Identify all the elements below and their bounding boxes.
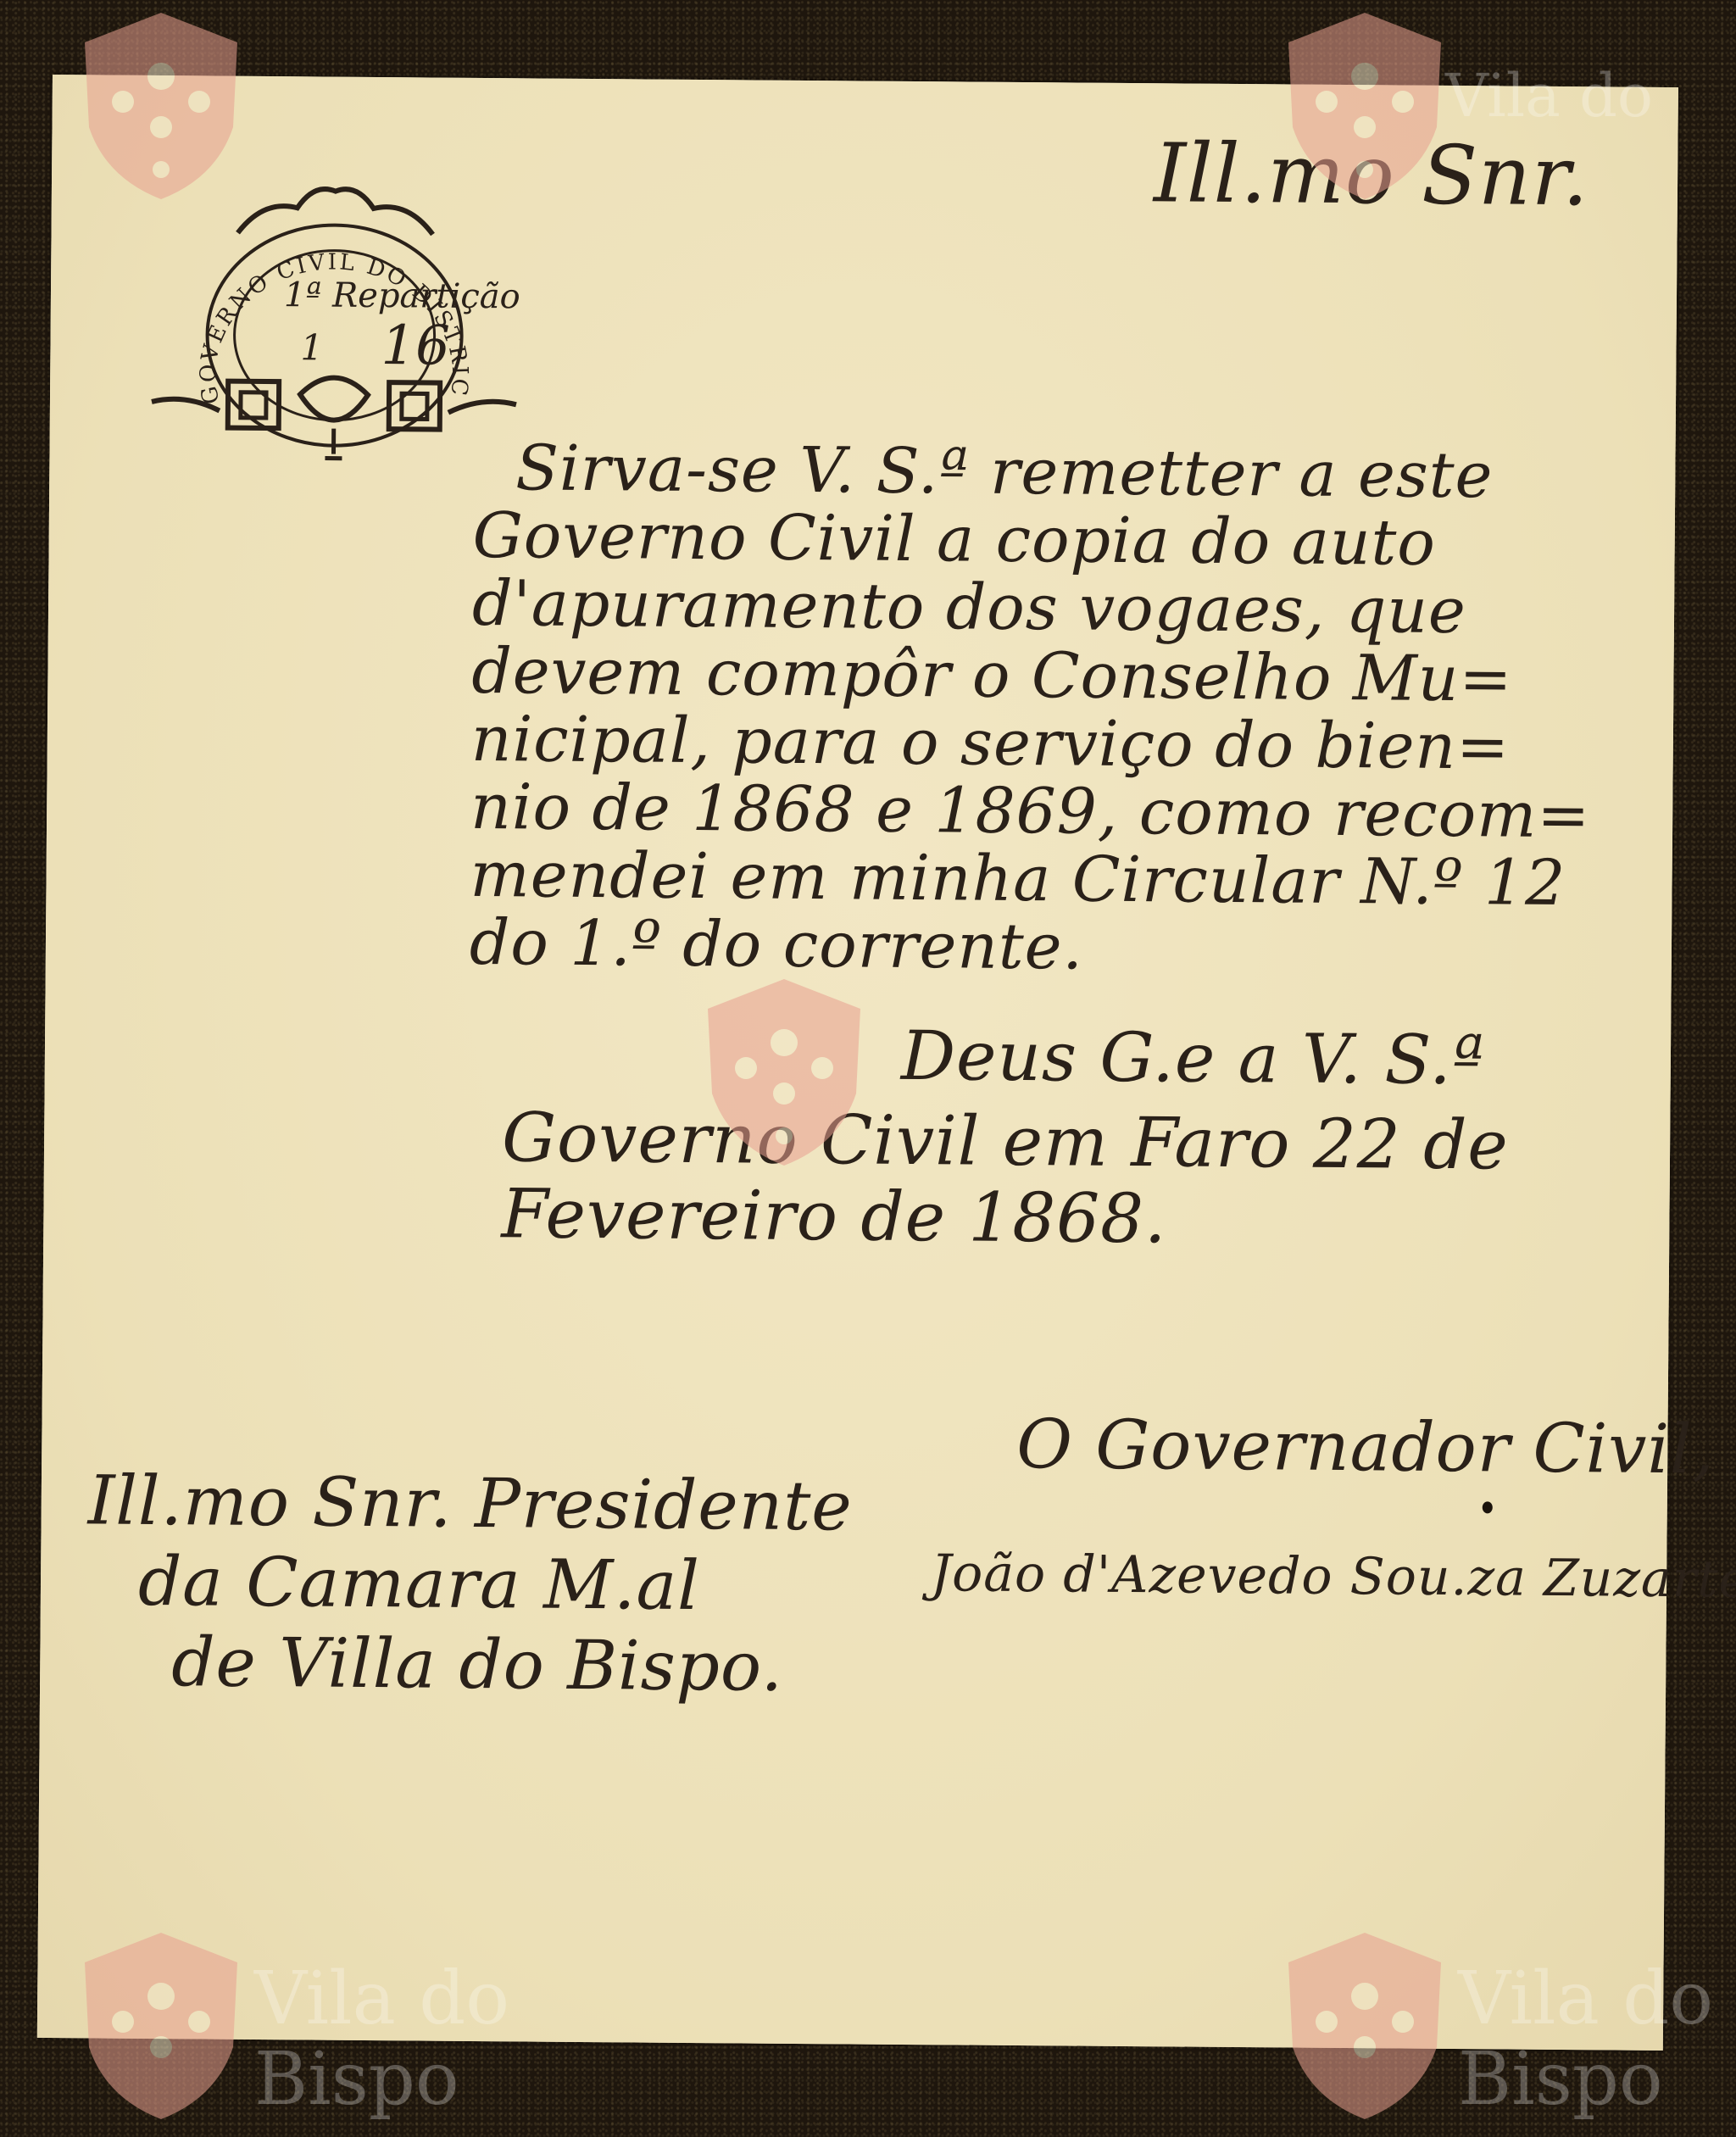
governo-civil-stamp: GOVERNO CIVIL DO DISTRICTO DE FARO 1ª Re… xyxy=(134,173,535,498)
signer-title: O Governador Civil, xyxy=(1016,1405,1715,1489)
place-date-line-1: Governo Civil em Faro 22 de xyxy=(502,1104,1509,1179)
body-line-2: Governo Civil a copia do auto xyxy=(472,502,1436,577)
body-line-3: d'apuramento dos vogaes, que xyxy=(472,570,1466,645)
closing: Deus G.e a V. S.ª xyxy=(901,1022,1486,1094)
body-line-4: devem compôr o Conselho Mu= xyxy=(471,637,1513,714)
document-paper: GOVERNO CIVIL DO DISTRICTO DE FARO 1ª Re… xyxy=(37,75,1678,2051)
stamp-number-right: 16 xyxy=(381,314,450,378)
stamp-emblem-icon: GOVERNO CIVIL DO DISTRICTO DE FARO xyxy=(134,173,535,498)
salutation: Ill.mo Snr. xyxy=(1154,125,1590,224)
stamp-department: 1ª Repartição xyxy=(284,275,520,316)
signature: João d'Azevedo Sou.za Zuzarte xyxy=(931,1544,1736,1610)
body-line-8: do 1.º do corrente. xyxy=(470,909,1084,982)
body-line-6: nio de 1868 e 1869, como recom= xyxy=(470,773,1591,849)
addressee-line-3: de Villa do Bispo. xyxy=(171,1622,784,1706)
stamp-number-left: 1 xyxy=(300,326,323,368)
ink-dot xyxy=(1483,1501,1493,1513)
addressee-line-2: da Camara M.al xyxy=(138,1542,701,1625)
watermark-text-2: Bispo xyxy=(254,2043,459,2116)
watermark-text-2: Bispo xyxy=(1458,2043,1663,2116)
body-line-5: nicipal, para o serviço do bien= xyxy=(471,705,1511,782)
body-line-1: Sirva-se V. S.ª remetter a este xyxy=(515,434,1494,509)
body-line-7: mendei em minha Circular N.º 12 xyxy=(470,841,1566,917)
addressee-line-1: Ill.mo Snr. Presidente xyxy=(87,1461,853,1545)
place-date-line-2: Fevereiro de 1868. xyxy=(501,1180,1167,1253)
